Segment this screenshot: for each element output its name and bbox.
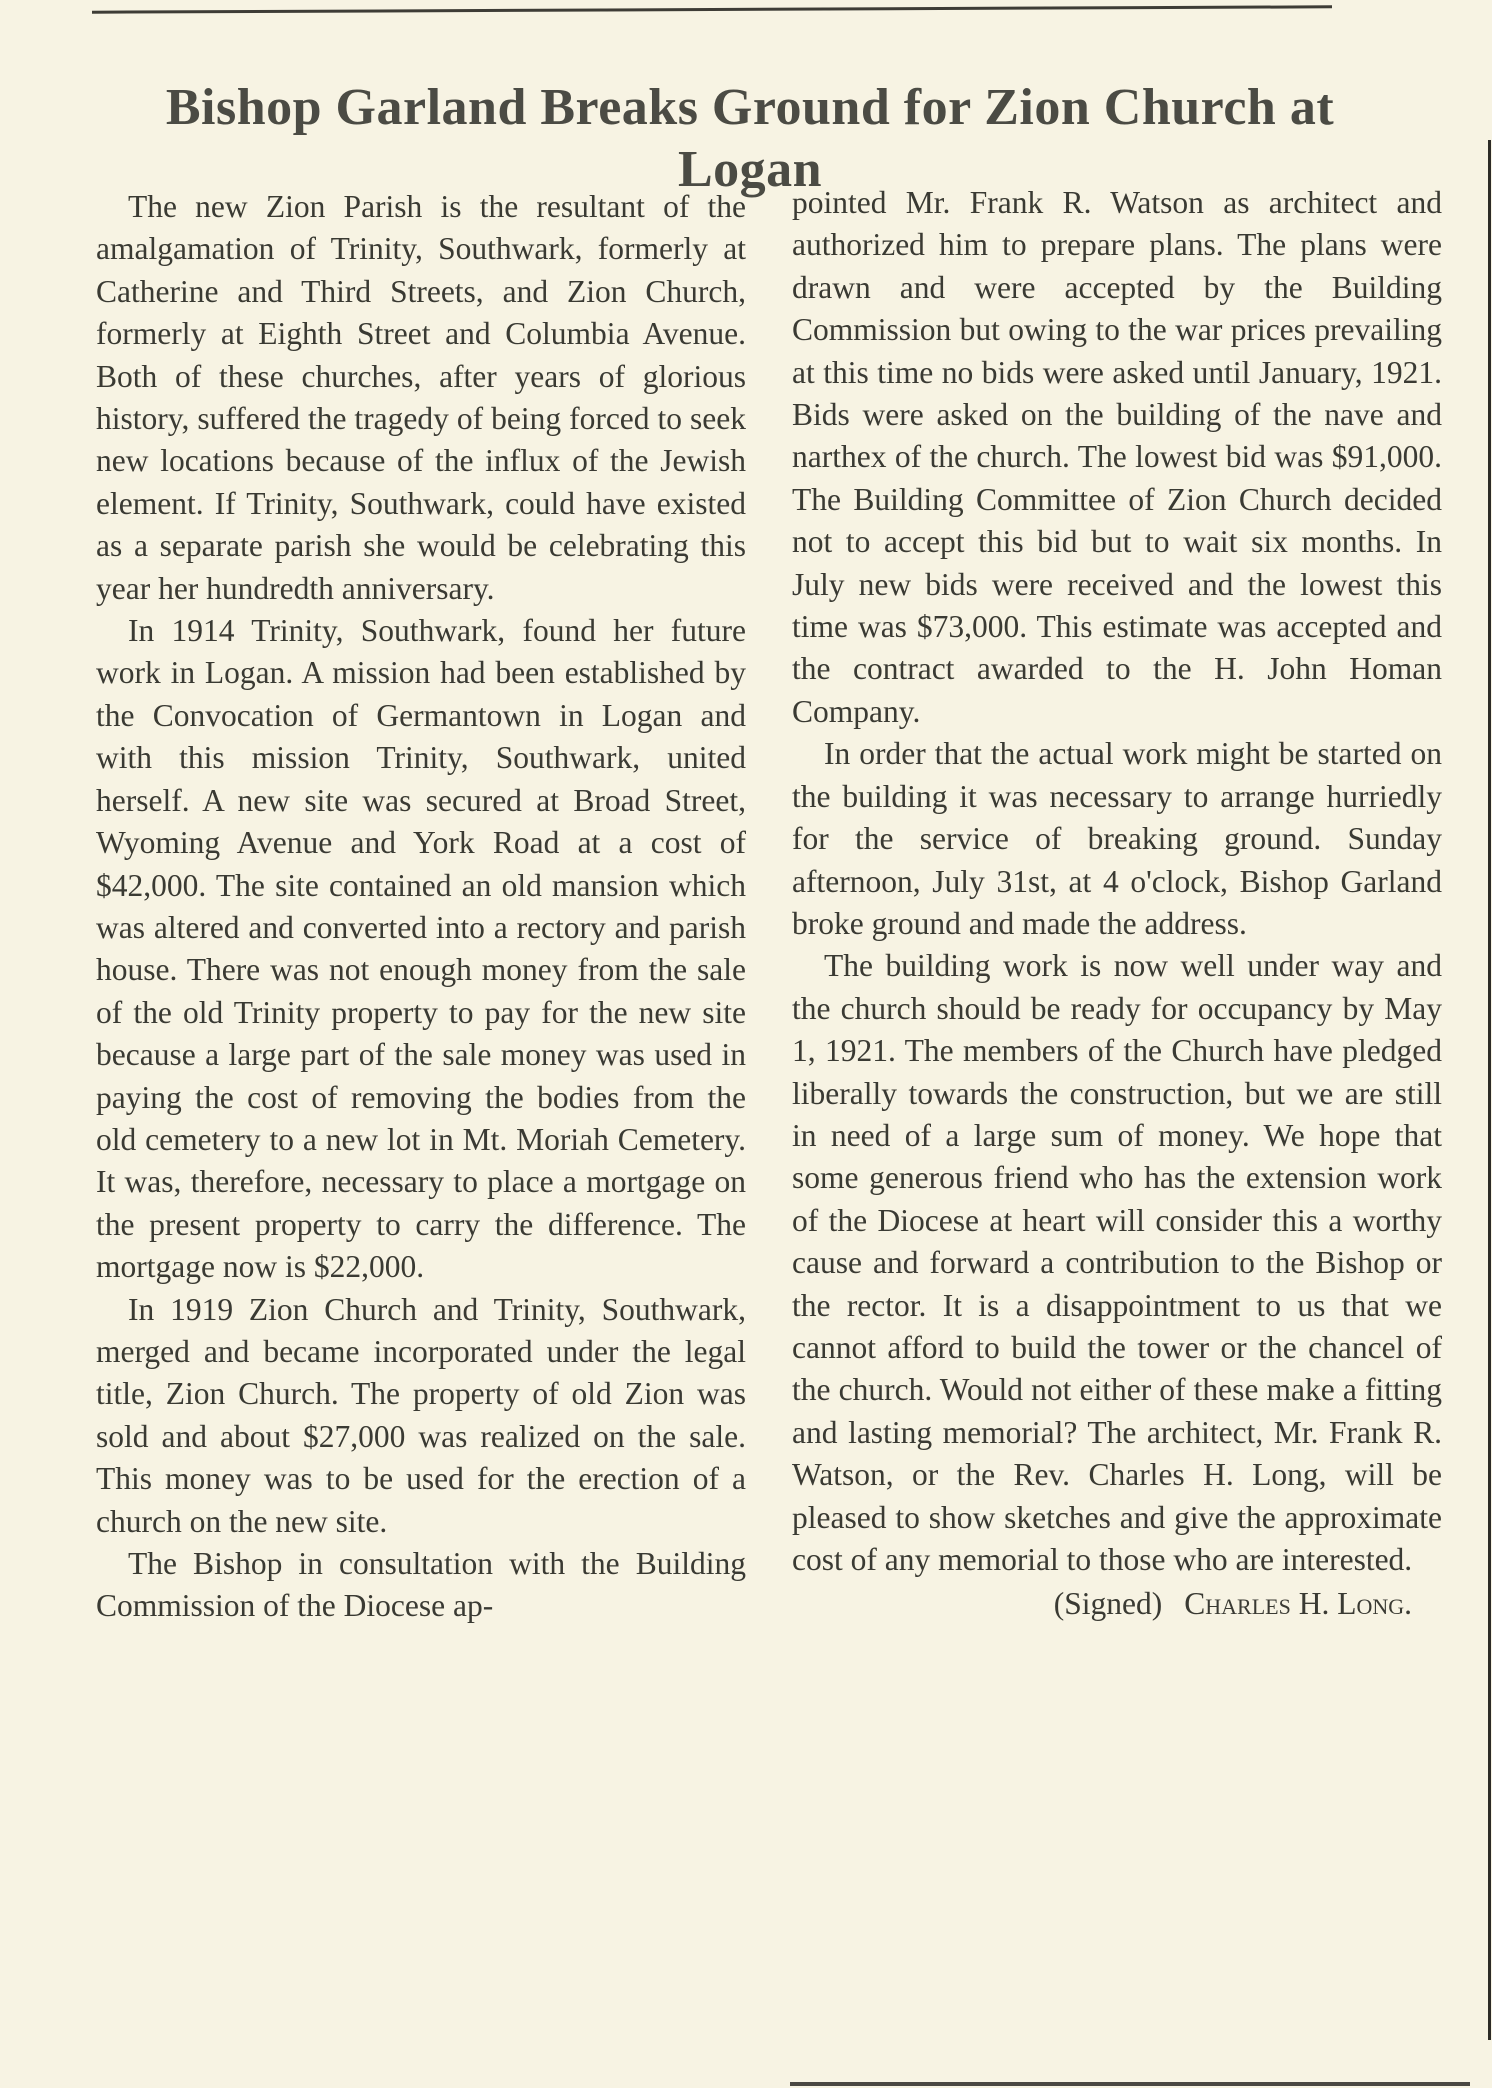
paragraph: In 1914 Trinity, Southwark, found her fu… [96,610,746,1289]
page-edge-shadow [1488,140,1491,2040]
signature-prefix: (Signed) [1054,1586,1162,1621]
signature: (Signed)Charles H. Long. [792,1583,1442,1625]
paragraph: The building work is now well under way … [792,945,1442,1581]
left-column: The new Zion Parish is the resultant of … [96,186,746,1628]
bottom-rule [790,2082,1470,2086]
paragraph: The new Zion Parish is the resultant of … [96,186,746,610]
right-column: pointed Mr. Frank R. Watson as architect… [792,182,1442,1626]
top-rule [92,5,1332,13]
paragraph: The Bishop in consultation with the Buil… [96,1543,746,1628]
paragraph: In order that the actual work might be s… [792,733,1442,945]
paragraph: In 1919 Zion Church and Trinity, Southwa… [96,1289,746,1543]
paragraph: pointed Mr. Frank R. Watson as architect… [792,182,1442,733]
signature-name: Charles H. Long. [1184,1586,1412,1621]
